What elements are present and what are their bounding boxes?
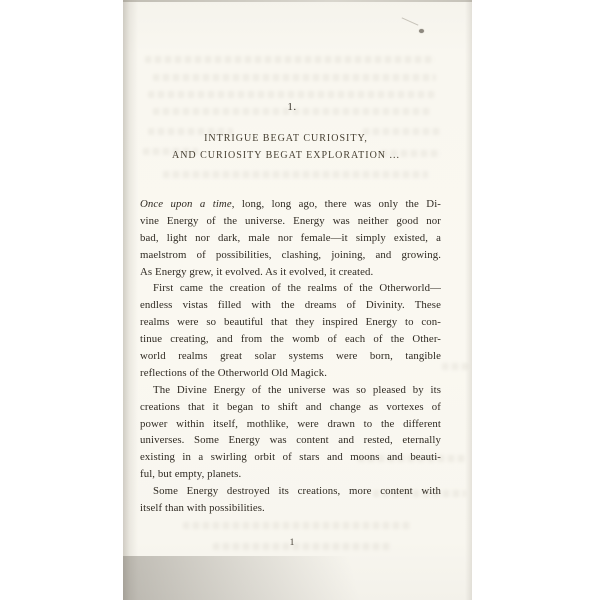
book-page: 1. INTRIGUE BEGAT CURIOSITY, AND CURIOSI… — [123, 0, 472, 600]
body-line: Once upon a time, long, long ago, there … — [140, 196, 441, 213]
body-line: As Energy grew, it evolved. As it evolve… — [140, 264, 441, 281]
body-line: Some Energy destroyed its creations, mor… — [140, 483, 441, 500]
page-top-edge — [123, 0, 472, 2]
page-number: 1 — [142, 538, 442, 548]
page-gutter-shadow — [123, 0, 138, 600]
body-line: maelstrom of possibilities, clashing, jo… — [140, 247, 441, 264]
body-line: vine Energy of the universe. Energy was … — [140, 213, 441, 230]
body-line: world realms great solar systems were bo… — [140, 348, 441, 365]
chapter-heading-line2: AND CURIOSITY BEGAT EXPLORATION ... — [136, 148, 436, 165]
showthrough-line — [148, 91, 436, 98]
body-line: The Divine Energy of the universe was so… — [140, 382, 441, 399]
body-line: bad, light nor dark, male nor female—it … — [140, 230, 441, 247]
chapter-heading: INTRIGUE BEGAT CURIOSITY, AND CURIOSITY … — [136, 131, 436, 164]
showthrough-line — [163, 171, 428, 178]
body-line: universes. Some Energy was content and r… — [140, 432, 441, 449]
body-segment: , long, long ago, there was only the Di- — [232, 198, 441, 210]
chapter-heading-line1: INTRIGUE BEGAT CURIOSITY, — [136, 131, 436, 148]
scratch-mark — [402, 17, 419, 25]
showthrough-line — [145, 56, 435, 63]
body-line: creations that it began to shift and cha… — [140, 399, 441, 416]
page-right-edge — [465, 0, 472, 600]
showthrough-line — [183, 522, 411, 529]
body-line: reflections of the Otherworld Old Magick… — [140, 365, 441, 382]
body-text: Once upon a time, long, long ago, there … — [140, 196, 441, 517]
body-line: itself than with possibilities. — [140, 500, 441, 517]
body-line: ful, but empty, planets. — [140, 466, 441, 483]
screenshot-root: 1. INTRIGUE BEGAT CURIOSITY, AND CURIOSI… — [0, 0, 600, 600]
chapter-number: 1. — [142, 101, 442, 113]
body-line: existing in a swirling orbit of stars an… — [140, 449, 441, 466]
body-line: realms were so beautiful that they inspi… — [140, 314, 441, 331]
body-italic-segment: Once upon a time — [140, 198, 232, 210]
ink-speck — [419, 29, 424, 33]
body-line: power within itself, mothlike, were draw… — [140, 416, 441, 433]
body-line: tinue creating, and from the womb of eac… — [140, 331, 441, 348]
page-bottom-shadow — [123, 556, 472, 600]
body-line: endless vistas filled with the dreams of… — [140, 297, 441, 314]
body-line: First came the creation of the realms of… — [140, 280, 441, 297]
showthrough-line — [442, 363, 468, 370]
showthrough-line — [153, 74, 436, 81]
